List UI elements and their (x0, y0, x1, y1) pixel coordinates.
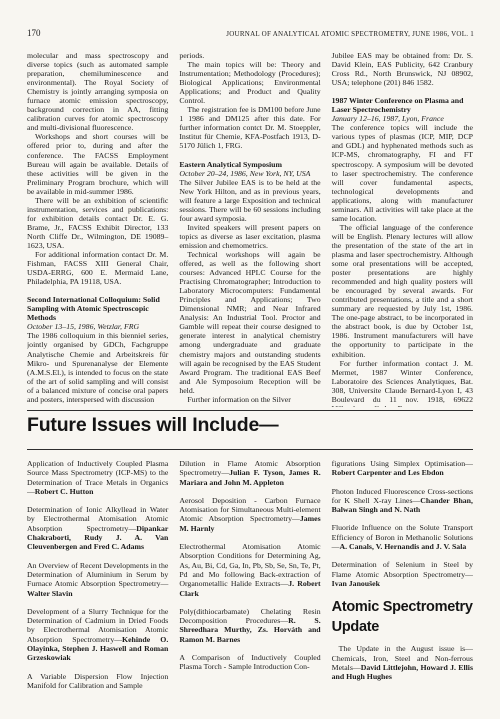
future-item: A Variable Dispersion Flow Injection Man… (27, 672, 168, 691)
update-heading-line2: Update (332, 619, 379, 635)
future-item: Poly(dithiocarbamate) Chelating Resin De… (179, 607, 320, 644)
future-item: Electrothermal Atomisation Atomic Absorp… (179, 542, 320, 598)
future-issues-heading: Future Issues will Include— (27, 414, 278, 437)
news-column-1: molecular and mass spectroscopy and dive… (27, 51, 168, 407)
article-authors: Robert Carpenter and Les Ebdon (332, 468, 444, 477)
paragraph: The 1986 colloquium in this bienniel ser… (27, 331, 168, 403)
divider (27, 410, 473, 411)
update-body: The Update in the August issue is—Chemic… (332, 644, 473, 681)
paragraph: Technical workshops will again be offere… (179, 250, 320, 395)
news-column-2: periods. The main topics will be: Theory… (179, 51, 320, 407)
event-heading: 1987 Winter Conference on Plasma and Las… (332, 96, 473, 114)
update-heading-line1: Atomic Spectrometry (332, 599, 473, 615)
journal-running-head: JOURNAL OF ANALYTICAL ATOMIC SPECTROMETR… (226, 30, 474, 38)
event-dateline: January 12–16, 1987, Lyon, France (332, 114, 473, 123)
future-issues-section: Application of Inductively Coupled Plasm… (27, 459, 473, 714)
paragraph: The conference topics will include the v… (332, 123, 473, 223)
paragraph: Invited speakers will present papers on … (179, 223, 320, 250)
article-authors: Robert C. Hutton (35, 487, 94, 496)
paragraph: The registration fee is DM100 before Jun… (179, 105, 320, 150)
paragraph: molecular and mass spectroscopy and dive… (27, 51, 168, 132)
article-title: A Comparison of Inductively Coupled Plas… (179, 653, 320, 671)
paragraph: Jubilee EAS may be obtained from: Dr. S.… (332, 51, 473, 87)
event-dateline: October 20–24, 1986, New York, NY, USA (179, 169, 320, 178)
journal-page: 170 JOURNAL OF ANALYTICAL ATOMIC SPECTRO… (0, 0, 500, 719)
article-authors: A. Canals, V. Hernandis and J. V. Sala (339, 542, 466, 551)
article-title: figurations Using Simplex Optimisation— (332, 459, 473, 468)
event-dateline: October 13–15, 1986, Wetzlar, FRG (27, 322, 168, 331)
paragraph: There will be an exhibition of scientifi… (27, 196, 168, 250)
future-item: Photon Induced Fluorescence Cross-sectio… (332, 487, 473, 515)
article-title: A Variable Dispersion Flow Injection Man… (27, 672, 168, 690)
future-item: Determination of Ionic Alkyllead in Wate… (27, 505, 168, 551)
event-heading: Second International Colloquium: Solid S… (27, 295, 168, 322)
future-column-3: figurations Using Simplex Optimisation—R… (332, 459, 473, 714)
update-section-heading: Atomic SpectrometryUpdate (332, 597, 473, 637)
future-column-1: Application of Inductively Coupled Plasm… (27, 459, 168, 714)
news-column-3: Jubilee EAS may be obtained from: Dr. S.… (332, 51, 473, 407)
paragraph: periods. (179, 51, 320, 60)
paragraph: The main topics will be: Theory and Inst… (179, 60, 320, 105)
article-authors: Ivan Janoušek (332, 579, 380, 588)
future-item: Aerosol Deposition - Carbon Furnace Atom… (179, 496, 320, 533)
paragraph: Workshops and short courses will be offe… (27, 132, 168, 195)
divider (27, 449, 473, 450)
paragraph: For additional information contact Dr. M… (27, 250, 168, 286)
paragraph: The Silver Jubilee EAS is to be held at … (179, 178, 320, 223)
future-item: figurations Using Simplex Optimisation—R… (332, 459, 473, 478)
news-section: molecular and mass spectroscopy and dive… (27, 51, 473, 407)
event-heading: Eastern Analytical Symposium (179, 160, 320, 169)
future-item: Application of Inductively Coupled Plasm… (27, 459, 168, 496)
paragraph: For further information contact J. M. Me… (332, 359, 473, 407)
page-number: 170 (27, 28, 41, 38)
future-column-2: Dilution in Flame Atomic Absorption Spec… (179, 459, 320, 714)
future-item: Determination of Selenium in Steel by Fl… (332, 560, 473, 588)
future-item: A Comparison of Inductively Coupled Plas… (179, 653, 320, 672)
article-title: Determination of Selenium in Steel by Fl… (332, 560, 473, 578)
page-header: 170 JOURNAL OF ANALYTICAL ATOMIC SPECTRO… (27, 28, 474, 38)
paragraph: Further information on the Silver (179, 395, 320, 404)
paragraph: The official language of the conference … (332, 223, 473, 359)
future-item: Fluoride Influence on the Solute Transpo… (332, 523, 473, 551)
future-item: An Overview of Recent Developments in th… (27, 561, 168, 598)
article-authors: Walter Slavin (27, 589, 73, 598)
future-item: Dilution in Flame Atomic Absorption Spec… (179, 459, 320, 487)
article-title: An Overview of Recent Developments in th… (27, 561, 168, 589)
future-item: Development of a Slurry Technique for th… (27, 607, 168, 663)
